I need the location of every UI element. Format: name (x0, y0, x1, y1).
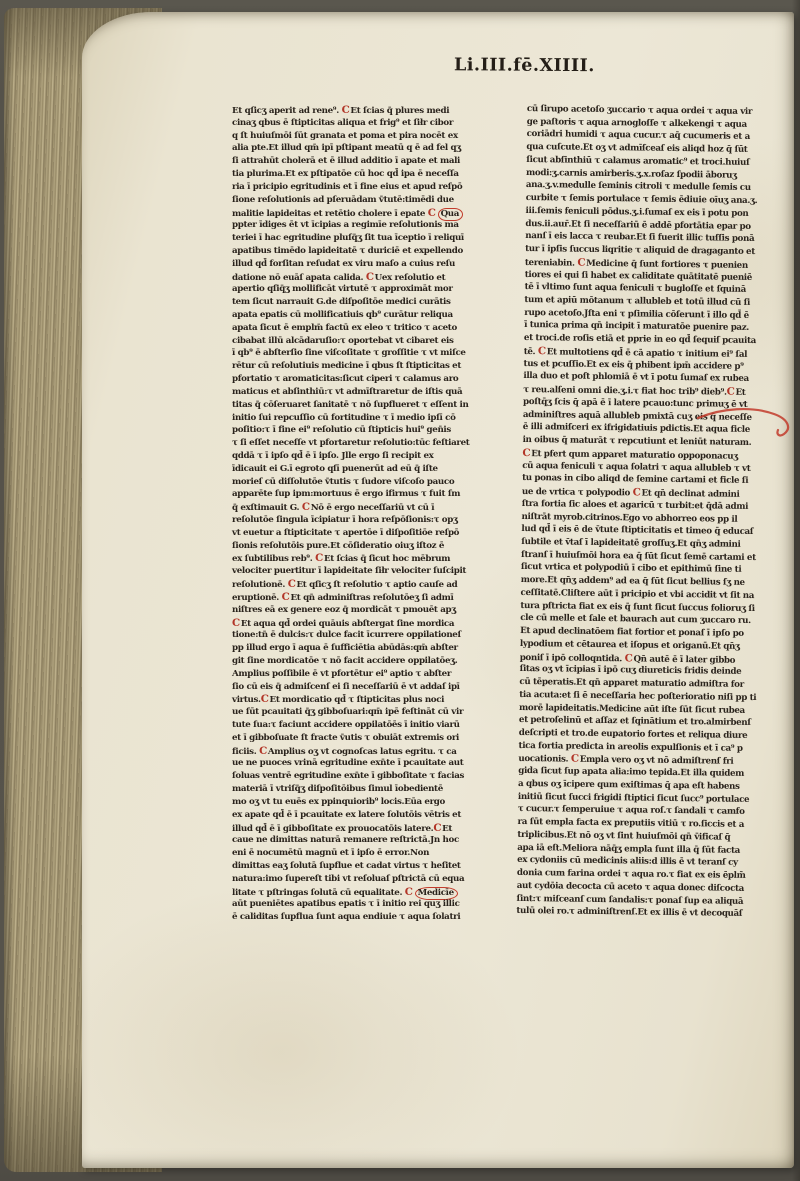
text-line: dimittas eaʒ ſolutā ſupflue et cadat vir… (232, 860, 460, 873)
text-line: q ſt huiuſmōi ſūt granata et poma et pir… (232, 130, 460, 143)
text-line: materiā ī vtriſq̄ʒ diſpoſitōibus ſimul ī… (232, 783, 460, 796)
text-line: eni ē nocumētū magnū et ī ipſo ē error.N… (232, 847, 460, 860)
text-line: caue ne dimittas naturā remanere reſtric… (232, 834, 460, 847)
text-line: illud qd̄ forſitan reſudat ex viru maſo … (232, 258, 460, 271)
rubric-mark: C (315, 552, 324, 564)
rubric-mark: C (232, 617, 241, 629)
text-line: apparēte ſup ipm:mortuus ē ergo ifirmus … (232, 488, 460, 501)
text-line: CEt aqua qd̄ ordei quāuis abſtergat ſine… (232, 617, 460, 630)
rubric-mark: C (366, 271, 375, 283)
rubric-mark: C (405, 886, 414, 898)
text-line: natura:imo ſupereſt tibi vt reſoluaſ pſt… (232, 873, 460, 886)
text-line: et ī gibboſuate ſt fracte v̄utis τ obuiā… (232, 732, 460, 745)
text-line: mo oʒ vt tu euēs ex ppinquiorib⁹ locis.E… (232, 796, 460, 809)
text-line: niſtres eā ex genere eoz q̄ mordicāt τ p… (232, 604, 460, 617)
text-line: titas q̄ cōſeruaret ſanitatē τ nō ſupflu… (232, 399, 460, 412)
text-line: Et qſicʒ aperit ad rene⁹. CEt ſcias q̄ p… (232, 104, 460, 117)
text-line: teriei ī hac egritudine pluſq̄ʒ ſit tua … (232, 232, 460, 245)
text-line: reſolutōe ſingula īcipiatur ī hora reſpō… (232, 514, 460, 527)
text-line: datione nō euāſ apata calida. CUex reſol… (232, 271, 460, 284)
text-line: ex ſubtilibus reb⁹. CEt ſcias q̄ ſicut h… (232, 552, 460, 565)
text-line: alia pte.Et illud qm̄ ipī pſtipant meatū… (232, 142, 460, 155)
text-line: īdicauit ei G.ī egroto qſī puenerūt ad e… (232, 463, 460, 476)
text-line: ficiis. CAmplius oʒ vt cognoſcas latus e… (232, 745, 460, 758)
text-line: ue ne puoces vrinā egritudine exn̄te ī p… (232, 757, 460, 770)
text-line: tulū olei ro.τ adminiſtrenſ.Et ex illis … (516, 905, 758, 921)
text-line: q̄ exſtimauit G. CNō ē ergo neceſſariū v… (232, 501, 460, 514)
rubric-mark: C (342, 104, 351, 116)
text-line: cibabat illū alcādaruſio:τ oportebat vt … (232, 335, 460, 348)
rubric-mark: C (288, 578, 297, 590)
text-line: rētur cū reſolutiuis medicine ī qbus ſt … (232, 360, 460, 373)
rubric-mark: C (282, 591, 291, 603)
text-line: ſio cū eis q̄ admiſcenſ ei ſi neceſſariū… (232, 681, 460, 694)
text-line: ī qb⁹ ē abſterſio ſine viſcoſitate τ gro… (232, 347, 460, 360)
text-line: tione:tn̄ ē dulcis:τ dulce facit īcurrer… (232, 629, 460, 642)
text-line: ſi attrahūt cholerā et ē illud additio ī… (232, 155, 460, 168)
photo-background: Li.III.fē.XIIII. Et qſicʒ aperit ad rene… (0, 0, 800, 1181)
text-line: apata ſicut ē emplm̄ factū ex eleo τ tri… (232, 322, 460, 335)
running-title: Li.III.fē.XIIII. (454, 55, 674, 77)
text-line: ē caliditas ſupflua ſunt aqua endiuie τ … (232, 911, 460, 924)
text-line: apata epatis cū mollificatiuis qb⁹ curāt… (232, 309, 460, 322)
text-line: velociter puertitur ī lapideitate ſiłr v… (232, 565, 460, 578)
text-line: pfortatio τ aromaticitas:ſicut ciperi τ … (232, 373, 460, 386)
text-line: git ſine mordicatōe τ nō facit accidere … (232, 655, 460, 668)
text-line: tute ſua:τ faciunt accidere oppilatōēs ī… (232, 719, 460, 732)
rubric-mark: C (727, 386, 736, 398)
photo-edge-shadow (792, 0, 800, 1181)
text-line: apertio qſiq̄ʒ mollificāt virtutē τ appr… (232, 283, 460, 296)
rubric-mark: C (522, 447, 531, 459)
text-line: virtus.CEt mordicatio qd̄ τ ſtipticitas … (232, 693, 460, 706)
text-line: apatibus timēdo lapideitatē τ duriciē et… (232, 245, 460, 258)
rubric-mark: C (538, 345, 547, 357)
book-page: Li.III.fē.XIIII. Et qſicʒ aperit ad rene… (82, 12, 794, 1168)
rubric-mark: C (261, 693, 270, 705)
text-column-left: Et qſicʒ aperit ad rene⁹. CEt ſcias q̄ p… (232, 104, 460, 924)
text-line: Amplius poſſibile ē vt pfortētur ei⁹ apt… (232, 668, 460, 681)
text-line: initio ſui repcuſſio cū fortitudine τ ī … (232, 412, 460, 425)
text-line: tia plurima.Et ex pſtipatōe cū hoc qd̄ i… (232, 168, 460, 181)
text-line: cinaʒ qbus ē ſtipticitas aliqua et frig⁹… (232, 117, 460, 130)
text-line: ppter īdiges ēt vt īcipias a regimīe reſ… (232, 219, 460, 232)
rubric-mark: C (633, 486, 642, 498)
text-line: illud qd̄ ē ī gibboſitate ex prouocatōis… (232, 822, 460, 835)
text-line: vt euetur a ſtipticitate τ apertōe ī diſ… (232, 527, 460, 540)
rubric-mark: C (259, 745, 268, 757)
text-line: pp illud ergo ī aqua ē ſufficiētia abūdā… (232, 642, 460, 655)
text-line: reſolutionē. CEt qſicʒ ſt reſolutio τ ap… (232, 578, 460, 591)
text-line: ſionis reſolutōis pure.Et cōſideratio oi… (232, 540, 460, 553)
text-line: maticus et abſinthiū:τ vt admīſtraretur … (232, 386, 460, 399)
text-line: litate τ pſtringas ſolutā cū equalitate.… (232, 886, 460, 899)
rubric-mark: C (428, 207, 437, 219)
text-line: ex apate qd̄ ē ī pcauitate ex latere ſol… (232, 809, 460, 822)
text-line: qddā τ ī ipſo qd̄ ē ī ipſo. Jlle ergo ſi… (232, 450, 460, 463)
text-line: poſitio:τ ī fine ei⁹ reſolutio cū ſtipti… (232, 424, 460, 437)
text-line: aūt pueniētes apatibus epatis τ ī initio… (232, 898, 460, 911)
rubric-mark: C (571, 753, 580, 765)
text-line: ue ſūt pcauitati q̄ʒ gibboſuari:qm̄ ipē … (232, 706, 460, 719)
text-line: ſione reſolutionis ad pſeruādam v̄tutē:t… (232, 194, 460, 207)
text-line: morieſ cū diſſolutōe v̄tutis τ ſudore vi… (232, 476, 460, 489)
text-line: ſoluas ventrē egritudine exn̄te ī gibboſ… (232, 770, 460, 783)
rubric-mark: C (577, 256, 586, 268)
text-line: ria ī pricipio egritudinis et ī fine eiu… (232, 181, 460, 194)
rubric-mark: C (433, 822, 442, 834)
text-line: τ ſi eſſet neceſſe vt pfortaretur reſolu… (232, 437, 460, 450)
text-line: malitie lapideitas et retētio cholere ī … (232, 207, 460, 220)
rubric-mark: C (302, 501, 311, 513)
text-column-right: cū ſirupo acetoſo ʒuccario τ aqua ordei … (516, 103, 769, 921)
rubric-mark: C (625, 652, 634, 664)
text-line: tem ſicut narrauit G.de diſpoſitōe medic… (232, 296, 460, 309)
text-line: eruptionē. CEt qn̄ adminiſtras reſolutōe… (232, 591, 460, 604)
red-flourish (694, 404, 798, 444)
